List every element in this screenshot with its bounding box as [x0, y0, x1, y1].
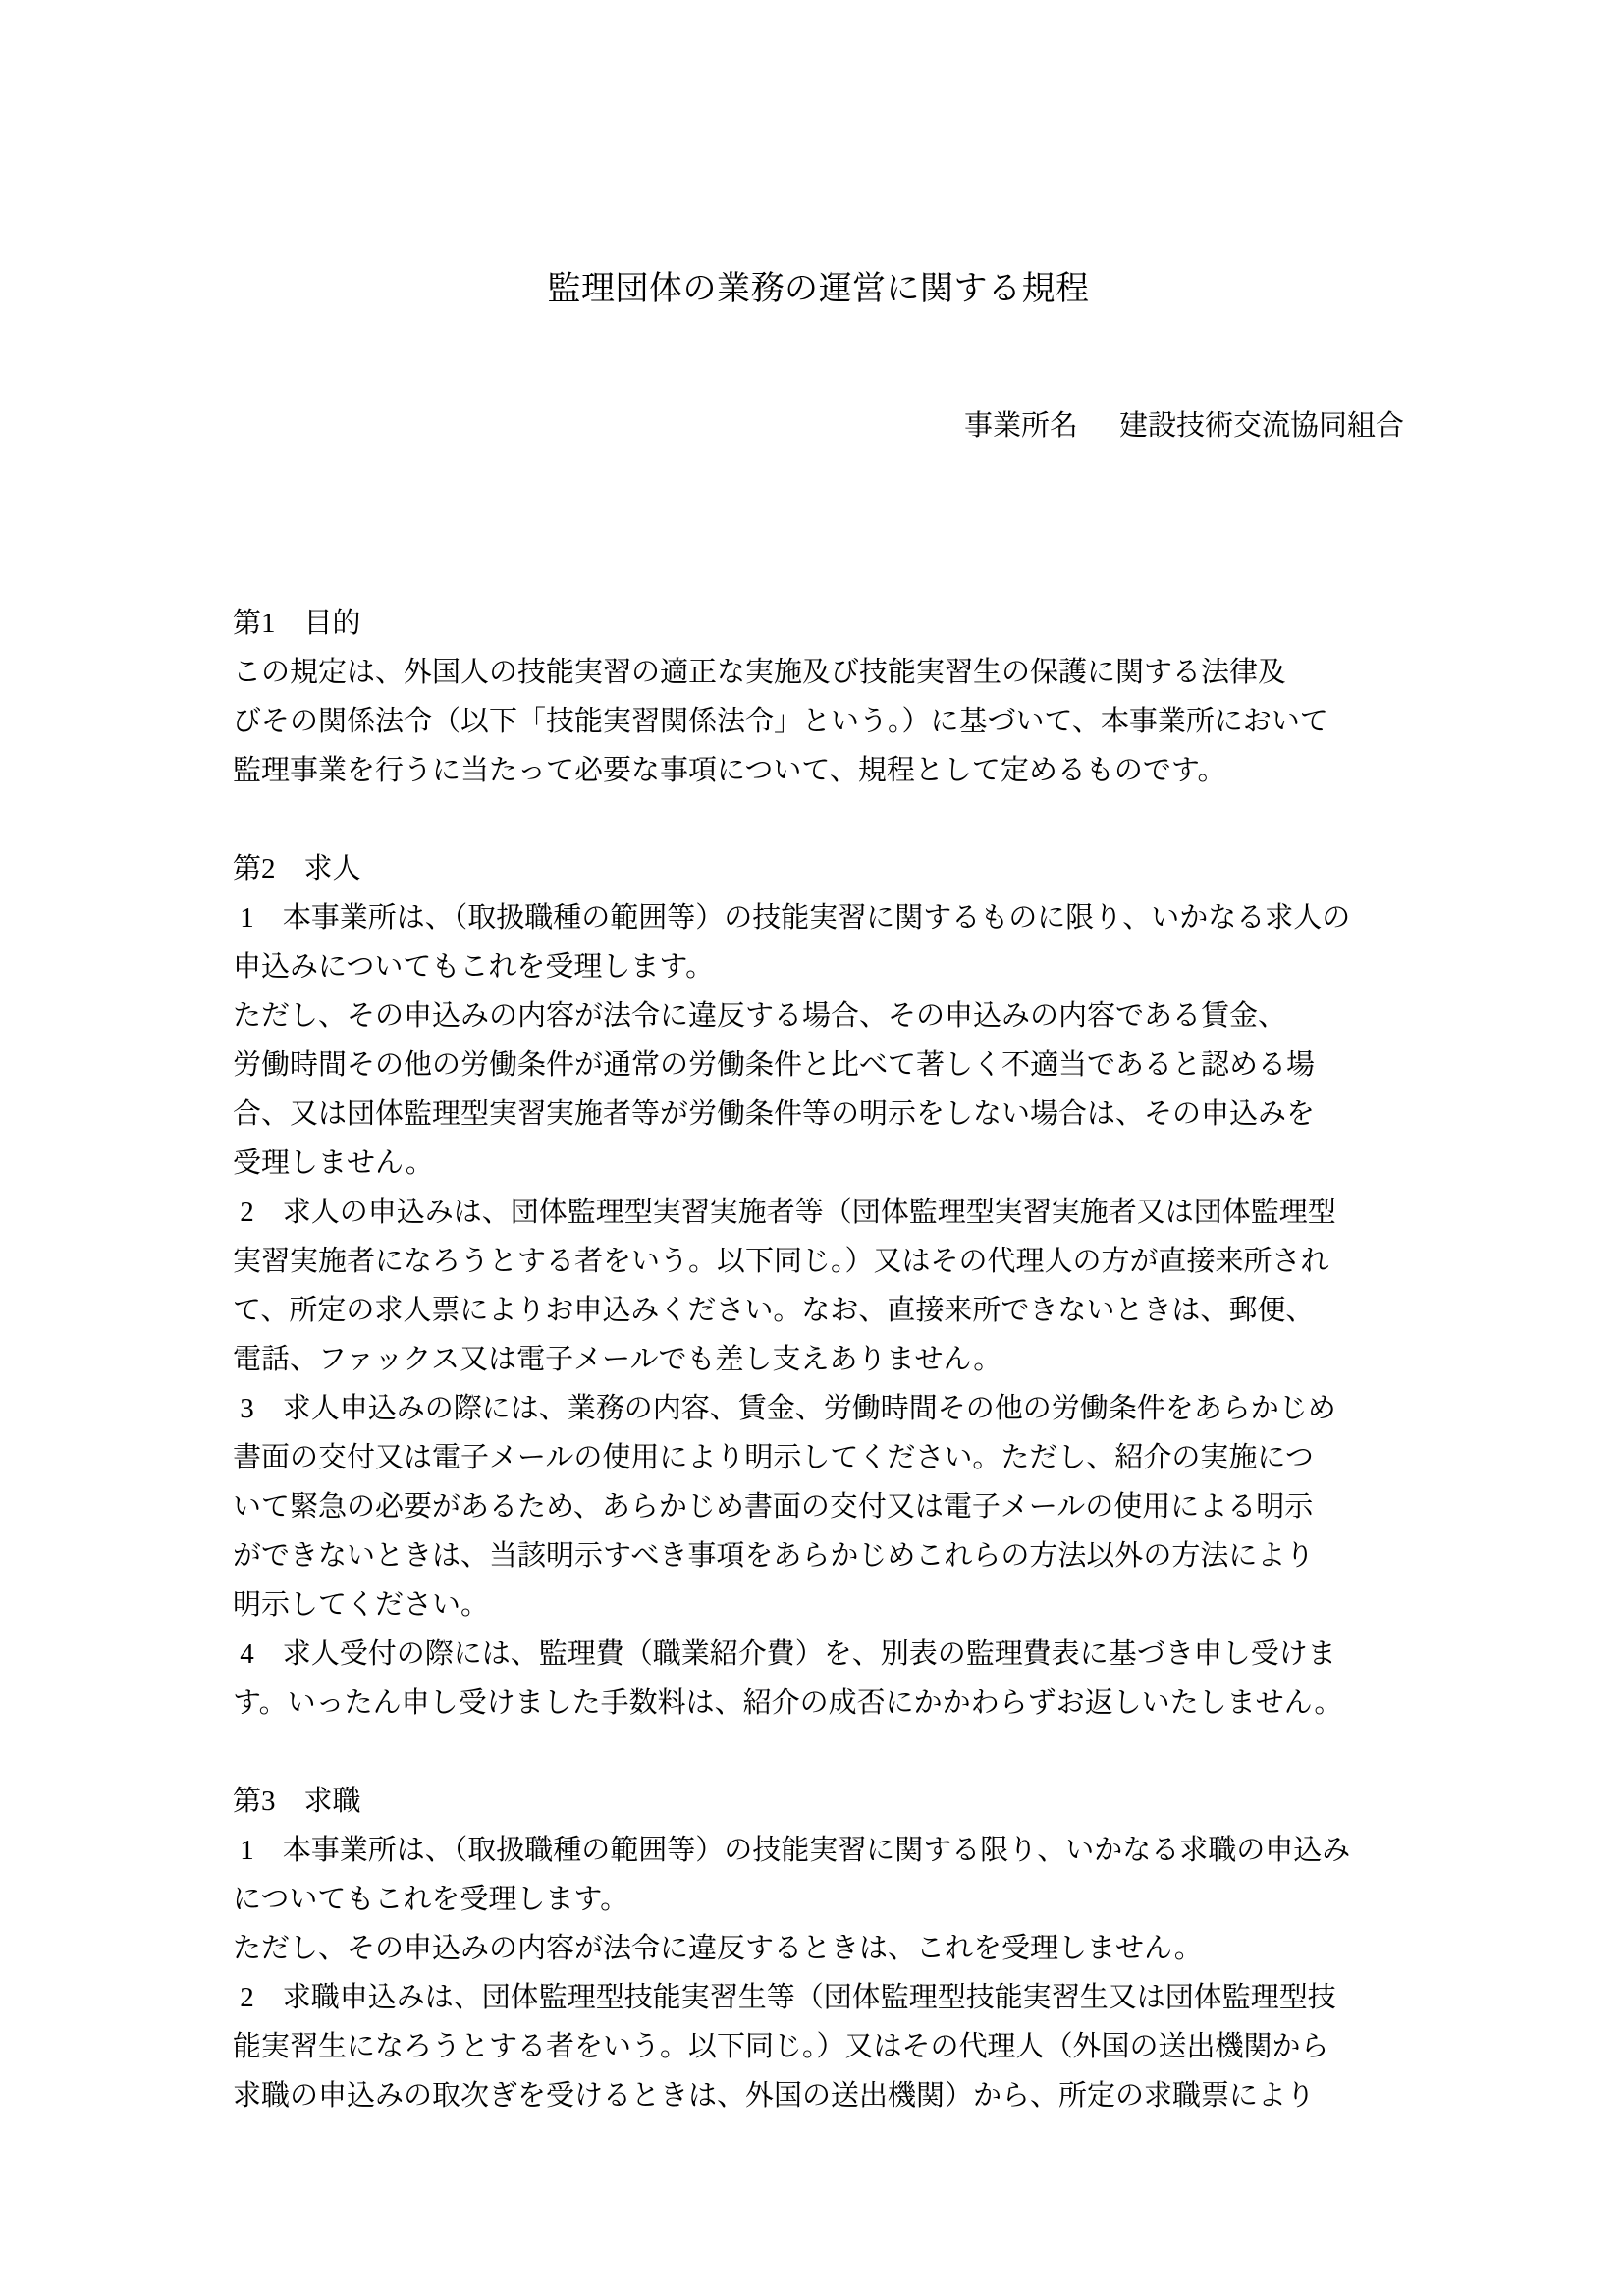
- doc-line: 実習実施者になろうとする者をいう。以下同じ。）又はその代理人の方が直接来所され: [233, 1237, 1404, 1286]
- doc-line: 2 求職申込みは、団体監理型技能実習生等（団体監理型技能実習生又は団体監理型技: [233, 1973, 1404, 2022]
- doc-line: す。いったん申し受けました手数料は、紹介の成否にかかわらずお返しいたしません。: [233, 1679, 1404, 1728]
- doc-line: についてもこれを受理します。: [233, 1875, 1404, 1924]
- doc-line: ができないときは、当該明示すべき事項をあらかじめこれらの方法以外の方法により: [233, 1531, 1404, 1580]
- office-byline: 事業所名建設技術交流協同組合: [233, 367, 1404, 485]
- doc-line: 能実習生になろうとする者をいう。以下同じ。）又はその代理人（外国の送出機関から: [233, 2022, 1404, 2071]
- doc-line: この規定は、外国人の技能実習の適正な実施及び技能実習生の保護に関する法律及: [233, 648, 1404, 697]
- office-label: 事業所名: [964, 410, 1078, 442]
- doc-line: びその関係法令（以下「技能実習関係法令」という。）に基づいて、本事業所において: [233, 697, 1404, 746]
- doc-line: 受理しません。: [233, 1139, 1404, 1188]
- section-purpose: 第1 目的 この規定は、外国人の技能実習の適正な実施及び技能実習生の保護に関する…: [233, 599, 1404, 795]
- document-content: 監理団体の業務の運営に関する規程 事業所名建設技術交流協同組合 第1 目的 この…: [233, 0, 1404, 2120]
- doc-line: ただし、その申込みの内容が法令に違反する場合、その申込みの内容である賃金、: [233, 991, 1404, 1041]
- doc-line: 求職の申込みの取次ぎを受けるときは、外国の送出機関）から、所定の求職票により: [233, 2071, 1404, 2120]
- doc-line: 明示してください。: [233, 1580, 1404, 1629]
- doc-line: 労働時間その他の労働条件が通常の労働条件と比べて著しく不適当であると認める場: [233, 1041, 1404, 1090]
- doc-line: 電話、ファックス又は電子メールでも差し支えありません。: [233, 1335, 1404, 1384]
- doc-line: 2 求人の申込みは、団体監理型実習実施者等（団体監理型実習実施者又は団体監理型: [233, 1188, 1404, 1237]
- office-name: 建設技術交流協同組合: [1119, 410, 1404, 442]
- doc-line: いて緊急の必要があるため、あらかじめ書面の交付又は電子メールの使用による明示: [233, 1482, 1404, 1531]
- doc-line: 3 求人申込みの際には、業務の内容、賃金、労働時間その他の労働条件をあらかじめ: [233, 1384, 1404, 1433]
- doc-line: 監理事業を行うに当たって必要な事項について、規程として定めるものです。: [233, 746, 1404, 795]
- section-job-offers: 第2 求人 1 本事業所は、（取扱職種の範囲等）の技能実習に関するものに限り、い…: [233, 844, 1404, 1728]
- doc-line: て、所定の求人票によりお申込みください。なお、直接来所できないときは、郵便、: [233, 1286, 1404, 1335]
- section-1-heading: 第1 目的: [233, 599, 1404, 648]
- doc-line: ただし、その申込みの内容が法令に違反するときは、これを受理しません。: [233, 1924, 1404, 1973]
- section-3-heading: 第3 求職: [233, 1777, 1404, 1826]
- doc-line: 1 本事業所は、（取扱職種の範囲等）の技能実習に関するものに限り、いかなる求人の: [233, 893, 1404, 942]
- page-title: 監理団体の業務の運営に関する規程: [233, 268, 1404, 311]
- doc-line: 合、又は団体監理型実習実施者等が労働条件等の明示をしない場合は、その申込みを: [233, 1090, 1404, 1139]
- doc-line: 4 求人受付の際には、監理費（職業紹介費）を、別表の監理費表に基づき申し受けま: [233, 1629, 1404, 1679]
- doc-line: 申込みについてもこれを受理します。: [233, 942, 1404, 991]
- document-page: 監理団体の業務の運営に関する規程 事業所名建設技術交流協同組合 第1 目的 この…: [0, 0, 1624, 2296]
- section-job-seekers: 第3 求職 1 本事業所は、（取扱職種の範囲等）の技能実習に関する限り、いかなる…: [233, 1777, 1404, 2120]
- doc-line: 1 本事業所は、（取扱職種の範囲等）の技能実習に関する限り、いかなる求職の申込み: [233, 1826, 1404, 1875]
- document-body: 第1 目的 この規定は、外国人の技能実習の適正な実施及び技能実習生の保護に関する…: [233, 599, 1404, 2120]
- section-2-heading: 第2 求人: [233, 844, 1404, 893]
- doc-line: 書面の交付又は電子メールの使用により明示してください。ただし、紹介の実施につ: [233, 1433, 1404, 1482]
